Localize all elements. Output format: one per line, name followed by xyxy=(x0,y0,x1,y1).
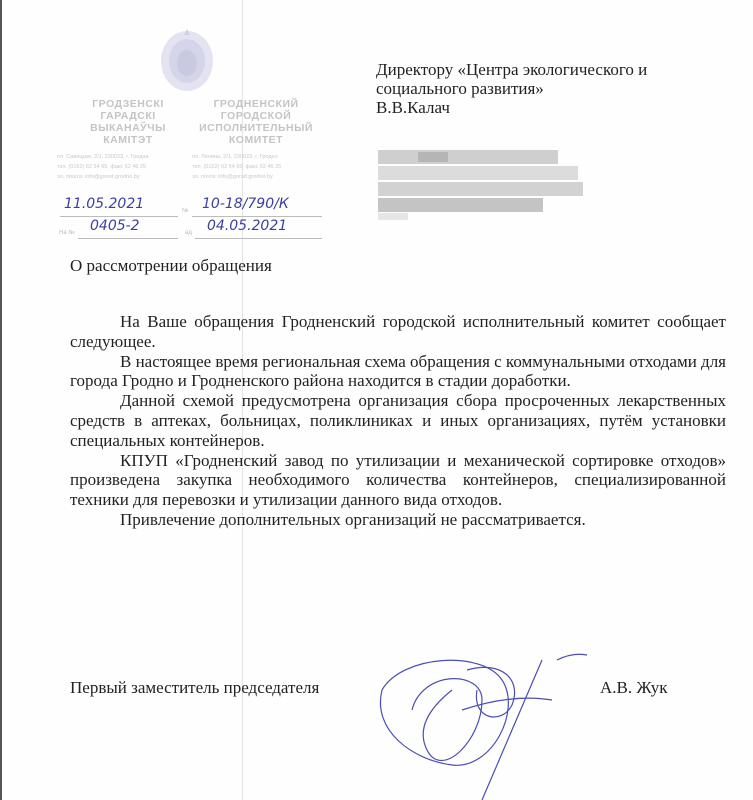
handwritten-signature-icon xyxy=(372,650,592,800)
address-line: эл. почта: info@gorod.grodno.by xyxy=(192,172,317,182)
org-line: ГРОДЗЕНСКІ xyxy=(64,98,192,110)
addressee-line: В.В.Калач xyxy=(376,98,746,117)
org-line: ГОРОДСКОЙ xyxy=(192,110,320,122)
ref-underline xyxy=(78,238,178,239)
from-label: ад xyxy=(185,230,192,236)
org-line: ГРОДНЕНСКИЙ xyxy=(192,98,320,110)
state-emblem-icon xyxy=(157,25,217,95)
org-line: КОМИТЕТ xyxy=(192,134,320,146)
letterhead-address-by: пл. Савецкая, 2/1, 230023, г. Гродна тэл… xyxy=(57,152,182,182)
address-line: эл. пошта: info@gorod.grodno.by xyxy=(57,172,182,182)
date-underline xyxy=(60,216,178,217)
body-paragraph: В настоящее время региональная схема обр… xyxy=(70,352,726,392)
org-line: ИСПОЛНИТЕЛЬНЫЙ xyxy=(192,122,320,134)
number-underline xyxy=(192,216,322,217)
address-line: тел. (0152) 62 54 65, факс 62 46 25 xyxy=(192,162,317,172)
addressee-line: социального развития» xyxy=(376,79,746,98)
redacted-recipient-block xyxy=(378,150,578,220)
signatory-title: Первый заместитель председателя xyxy=(70,678,319,698)
org-line: ВЫКАНАЎЧЫ xyxy=(64,122,192,134)
signatory-name: А.В. Жук xyxy=(600,678,668,698)
subject-line: О рассмотрении обращения xyxy=(70,256,272,276)
address-line: тэл. (0152) 62 54 65, факс 62 46 25 xyxy=(57,162,182,172)
org-line: КАМІТЭТ xyxy=(64,134,192,146)
address-line: пл. Ленина, 2/1, 230023, г. Гродно xyxy=(192,152,317,162)
body-paragraph: Привлечение дополнительных организаций н… xyxy=(70,510,726,530)
ref-number: 0405-2 xyxy=(90,218,140,234)
body-paragraph: Данной схемой предусмотрена организация … xyxy=(70,391,726,450)
number-label: № xyxy=(182,208,188,214)
ref-date-underline xyxy=(195,238,322,239)
letter-page: ГРОДЗЕНСКІ ГАРАДСКІ ВЫКАНАЎЧЫ КАМІТЭТ ГР… xyxy=(0,0,753,800)
outgoing-number: 10-18/790/К xyxy=(202,196,289,212)
letterhead-org-by: ГРОДЗЕНСКІ ГАРАДСКІ ВЫКАНАЎЧЫ КАМІТЭТ xyxy=(64,98,192,146)
outgoing-date: 11.05.2021 xyxy=(64,196,144,212)
body-paragraph: КПУП «Гродненский завод по утилизации и … xyxy=(70,451,726,510)
org-line: ГАРАДСКІ xyxy=(64,110,192,122)
ref-label: На № xyxy=(59,230,75,236)
addressee-block: Директору «Центра экологического и социа… xyxy=(376,60,746,117)
addressee-line: Директору «Центра экологического и xyxy=(376,60,746,79)
address-line: пл. Савецкая, 2/1, 230023, г. Гродна xyxy=(57,152,182,162)
ref-date: 04.05.2021 xyxy=(207,218,287,234)
letterhead-address-ru: пл. Ленина, 2/1, 230023, г. Гродно тел. … xyxy=(192,152,317,182)
letterhead-org-ru: ГРОДНЕНСКИЙ ГОРОДСКОЙ ИСПОЛНИТЕЛЬНЫЙ КОМ… xyxy=(192,98,320,146)
letter-body: На Ваше обращения Гродненский городской … xyxy=(70,312,726,530)
body-paragraph: На Ваше обращения Гродненский городской … xyxy=(70,312,726,352)
